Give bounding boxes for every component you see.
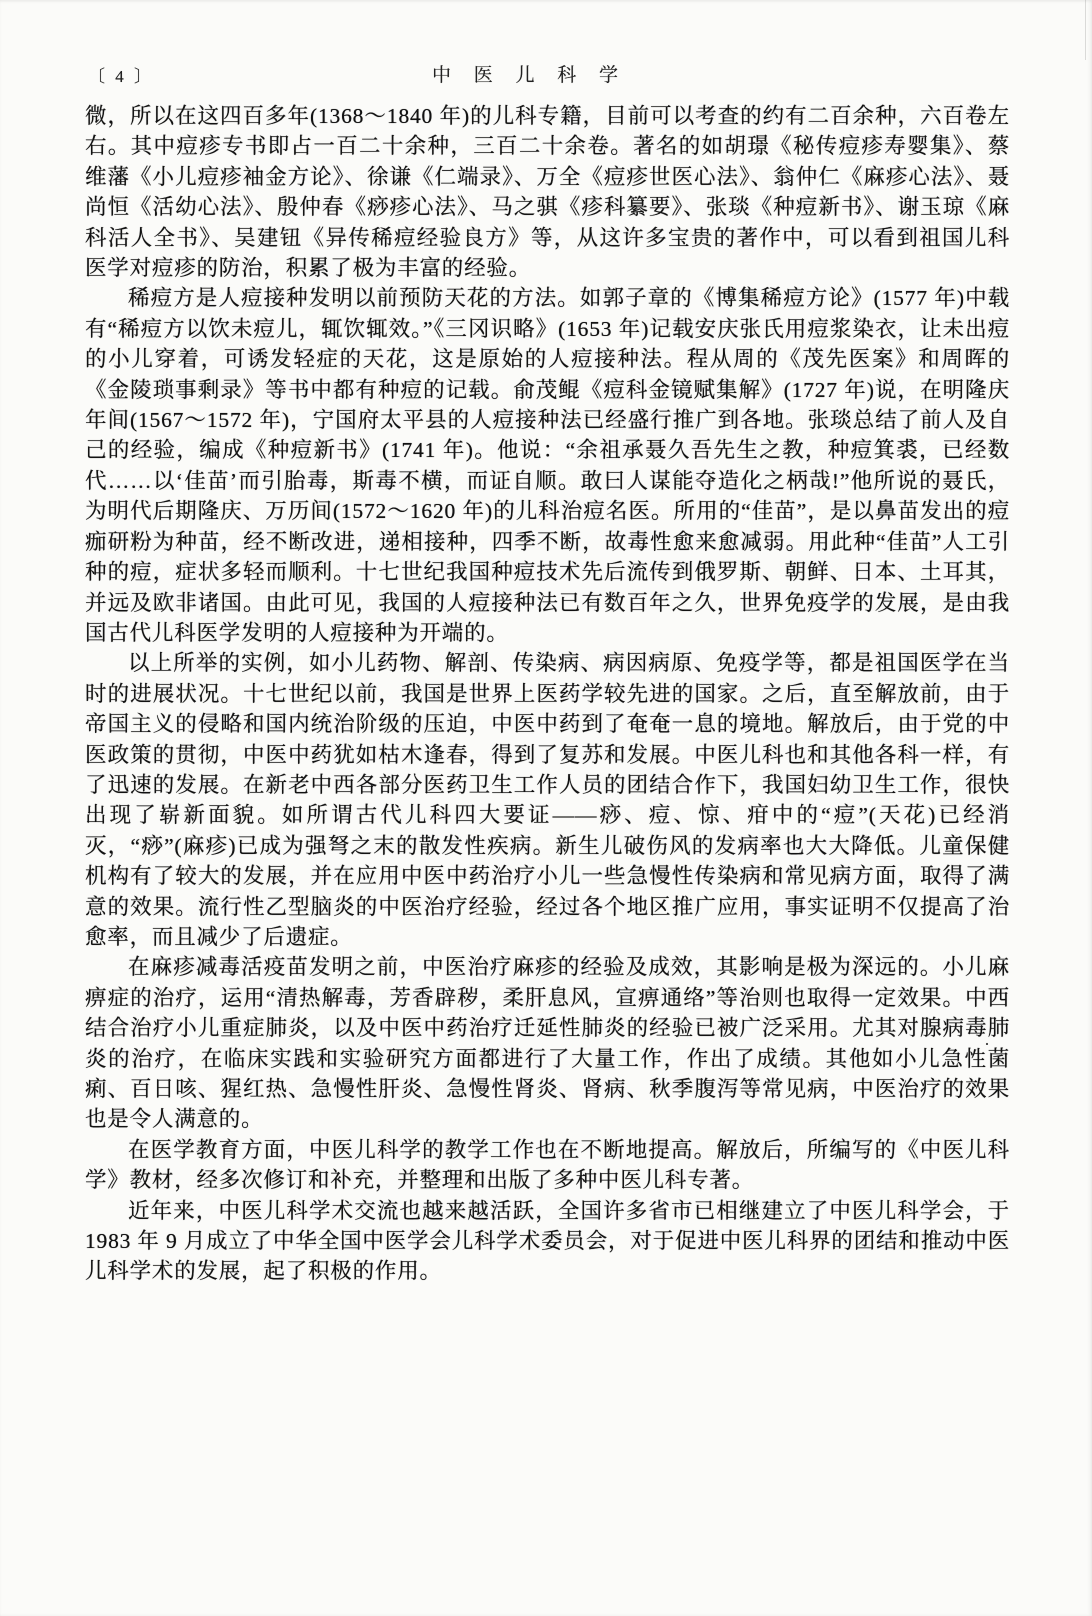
page-number: 〔 4 〕: [88, 62, 154, 87]
paragraph-medical-education: 在医学教育方面，中医儿科学的教学工作也在不断地提高。解放后，所编写的《中医儿科学…: [85, 1135, 1010, 1196]
paragraph-recent-years: 近年来，中医儿科学术交流也越来越活跃，全国许多省市已相继建立了中医儿科学会，于 …: [85, 1196, 1010, 1287]
paragraph-continuation: 微，所以在这四百多年(1368～1840 年)的儿科专籍，目前可以考查的约有二百…: [85, 101, 1010, 283]
scanned-book-page: 〔 4 〕 中 医 儿 科 学 微，所以在这四百多年(1368～1840 年)的…: [0, 0, 1092, 1616]
paragraph-xidoufang: 稀痘方是人痘接种发明以前预防天花的方法。如郭子章的《博集稀痘方论》(1577 年…: [85, 283, 1010, 648]
scan-speck: ·: [984, 1034, 990, 1055]
page-header: 〔 4 〕 中 医 儿 科 学: [85, 60, 1010, 88]
paragraph-measles-treatment: 在麻疹减毒活疫苗发明之前，中医治疗麻疹的经验及成效，其影响是极为深远的。小儿麻痹…: [85, 952, 1010, 1134]
scan-edge-artifact: [1085, 0, 1086, 60]
text-block: 微，所以在这四百多年(1368～1840 年)的儿科专籍，目前可以考查的约有二百…: [85, 101, 1010, 1287]
running-title: 中 医 儿 科 学: [432, 60, 627, 87]
paragraph-examples: 以上所举的实例，如小儿药物、解剖、传染病、病因病原、免疫学等，都是祖国医学在当时…: [85, 648, 1010, 952]
